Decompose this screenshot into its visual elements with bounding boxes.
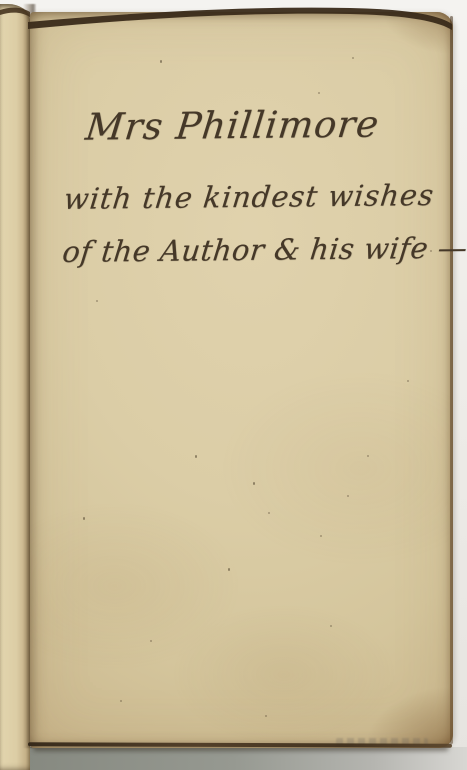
book-photo: Mrs Phillimore with the kindest wishes o… <box>0 0 467 770</box>
inscription-line-3: of the Author & his wife — <box>61 231 467 269</box>
foxing-speck <box>83 517 85 520</box>
foxing-speck <box>430 250 432 252</box>
inscription-line-2: with the kindest wishes <box>62 178 436 216</box>
foxing-speck <box>268 512 270 514</box>
foxing-speck <box>228 568 230 571</box>
foxing-speck <box>265 715 267 717</box>
foxing-speck <box>253 482 255 485</box>
inscription-line-1: Mrs Phillimore <box>83 103 381 149</box>
foxing-speck <box>120 700 122 702</box>
handwritten-inscription: Mrs Phillimore with the kindest wishes o… <box>30 10 461 750</box>
foxing-speck <box>160 60 162 63</box>
foxing-speck <box>96 300 98 302</box>
foxing-speck <box>150 640 152 642</box>
foxing-speck <box>318 92 320 94</box>
foxing-speck <box>330 625 332 627</box>
foxing-speck <box>352 57 354 59</box>
flyleaf-page: Mrs Phillimore with the kindest wishes o… <box>30 12 453 748</box>
foxing-speck <box>407 380 409 382</box>
foxing-speck <box>320 535 322 537</box>
foxing-speck <box>347 495 349 497</box>
foxing-speck <box>367 455 369 457</box>
foxing-speck <box>195 455 197 458</box>
